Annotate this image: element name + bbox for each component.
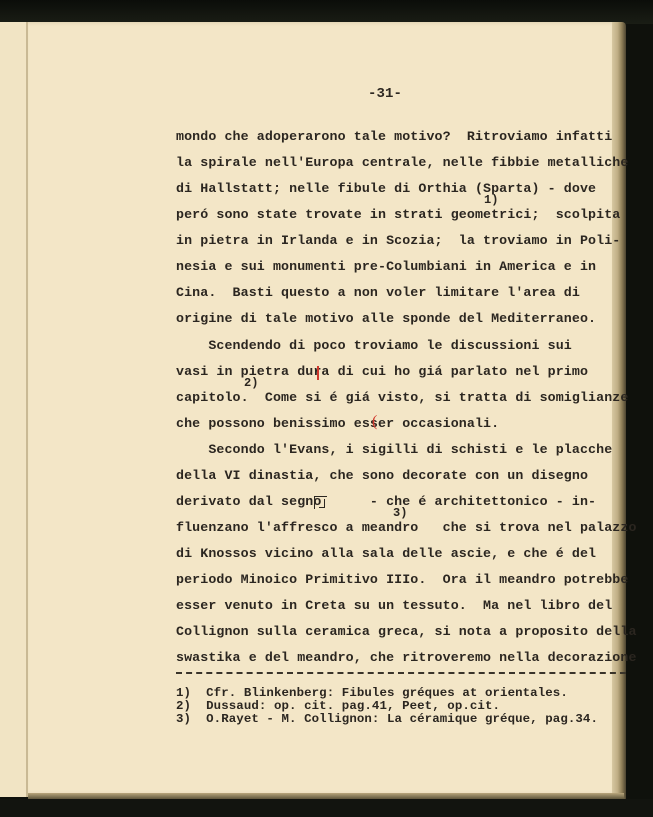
body-line-7: Cina. Basti questo a non voler limitare …	[176, 285, 580, 301]
red-annotation-paren: (	[372, 413, 377, 431]
body-line-18: periodo Minoico Primitivo IIIo. Ora il m…	[176, 572, 628, 588]
body-line-3: di Hallstatt; nelle fibule di Orthia (Sp…	[176, 181, 596, 197]
scan-background-bottom	[0, 799, 653, 817]
scan-background-top	[0, 0, 653, 24]
body-line-19: esser venuto in Creta su un tessuto. Ma …	[176, 598, 612, 614]
body-line-20: Collignon sulla ceramica greca, si nota …	[176, 624, 637, 640]
body-line-8: origine di tale motivo alle sponde del M…	[176, 311, 596, 327]
body-line-16: fluenzano l'affresco a meandro che si tr…	[176, 520, 637, 536]
page-number: -31-	[368, 86, 402, 102]
body-line-13: Secondo l'Evans, i sigilli di schisti e …	[176, 442, 612, 458]
body-line-9: Scendendo di poco troviamo le discussion…	[176, 338, 572, 354]
meander-sign-glyph	[314, 496, 327, 509]
body-line-12: che possono benissimo esser occasionali.	[176, 416, 499, 432]
body-line-14: della VI dinastia, che sono decorate con…	[176, 468, 588, 484]
footnote-divider	[176, 672, 626, 674]
body-line-10: vasi in pietra dura di cui ho giá parlat…	[176, 364, 588, 380]
red-annotation-mark	[317, 366, 319, 380]
body-line-6: nesia e sui monumenti pre-Columbiani in …	[176, 259, 596, 275]
body-line-1: mondo che adoperarono tale motivo? Ritro…	[176, 129, 612, 145]
body-line-4: peró sono state trovate in strati geomet…	[176, 207, 620, 223]
body-line-11: capitolo. Come si é giá visto, si tratta…	[176, 390, 628, 406]
body-line-2: la spirale nell'Europa centrale, nelle f…	[176, 155, 628, 171]
body-line-15: derivato dal segno - che é architettonic…	[176, 494, 596, 510]
footnote-ref-3: 3)	[393, 506, 407, 520]
body-line-5: in pietra in Irlanda e in Scozia; la tro…	[176, 233, 620, 249]
facing-page-edge	[0, 22, 28, 797]
page-stack-edge	[612, 22, 626, 802]
footnote-ref-2: 2)	[244, 376, 258, 390]
footnote-3: 3) O.Rayet - M. Collignon: La céramique …	[176, 713, 598, 726]
body-line-17: di Knossos vicino alla sala delle ascie,…	[176, 546, 596, 562]
body-line-21: swastika e del meandro, che ritroveremo …	[176, 650, 637, 666]
footnote-ref-1: 1)	[484, 193, 498, 207]
